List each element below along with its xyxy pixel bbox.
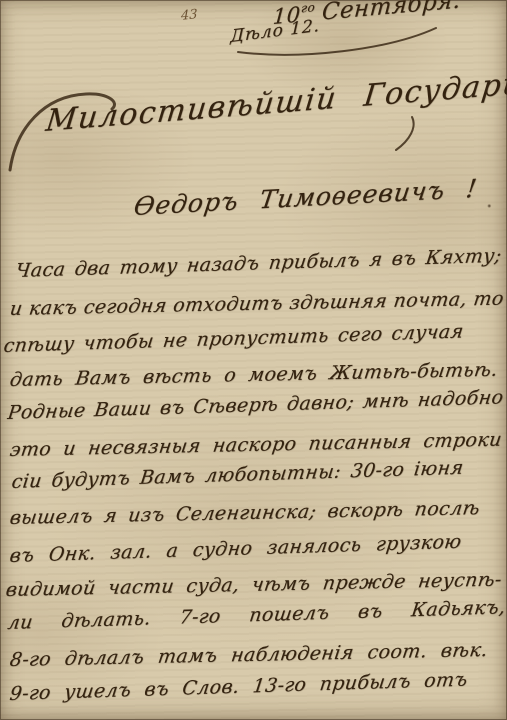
body-line-8: вышелъ я изъ Селенгинска; вскорѣ послѣ bbox=[8, 495, 482, 532]
body-line-1: Часа два тому назадъ прибылъ я въ Кяхту; bbox=[14, 243, 503, 285]
body-line-13: 9-го ушелъ въ Слов. 13-го прибылъ отъ bbox=[8, 666, 469, 708]
letter-body: Часа два тому назадъ прибылъ я въ Кяхту;… bbox=[0, 0, 507, 720]
body-line-2: и какъ сегодня отходитъ здѣшняя почта, т… bbox=[8, 286, 506, 323]
body-line-3: спѣшу чтобы не пропустить сего случая bbox=[2, 318, 465, 360]
body-line-9: въ Онк. зал. а судно занялось грузкою bbox=[8, 529, 463, 570]
letter-scan-page: 43 10го Сентября. Дѣло 12. Милостивѣйшій… bbox=[0, 0, 507, 720]
